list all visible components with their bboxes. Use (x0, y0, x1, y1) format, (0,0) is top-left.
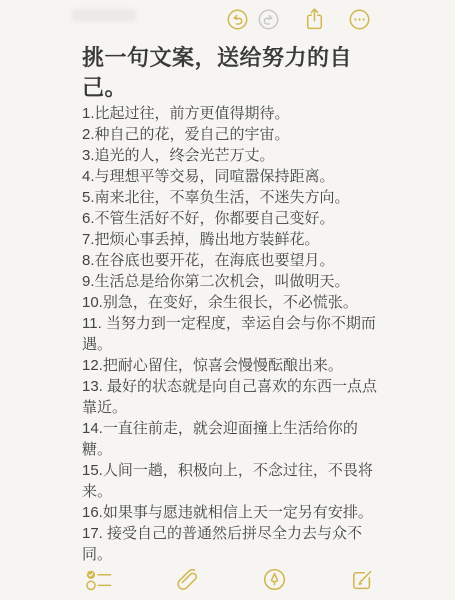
note-title: 挑一句文案，送给努力的自己。 (82, 43, 354, 103)
checklist-button[interactable] (86, 568, 113, 592)
note-line: 7.把烦心事丢掉，腾出地方装鲜花。 (82, 229, 378, 250)
note-line: 11. 当努力到一定程度，幸运自会与你不期而遇。 (82, 313, 378, 355)
note-line: 15.人间一趟，积极向上，不念过往，不畏将来。 (82, 460, 378, 502)
paperclip-icon (176, 566, 200, 593)
compose-button[interactable] (351, 568, 374, 591)
blurred-back-area (72, 9, 136, 22)
note-line: 16.如果事与愿违就相信上天一定另有安排。 (82, 502, 378, 523)
note-line: 2.种自己的花，爱自己的宇宙。 (82, 124, 378, 145)
note-line: 4.与理想平等交易，同喧嚣保持距离。 (82, 166, 378, 187)
note-line: 6.不管生活好不好，你都要自己变好。 (82, 208, 378, 229)
checklist-icon (86, 568, 113, 592)
note-line: 13. 最好的状态就是向自己喜欢的东西一点点靠近。 (82, 376, 378, 418)
markup-button[interactable] (263, 568, 286, 591)
share-button[interactable] (305, 7, 324, 31)
note-line: 10.别急，在变好，余生很长，不必慌张。 (82, 292, 378, 313)
more-button[interactable] (349, 9, 370, 30)
redo-button[interactable] (258, 9, 279, 30)
attachment-button[interactable] (176, 566, 200, 593)
note-line: 12.把耐心留住，惊喜会慢慢酝酿出来。 (82, 355, 378, 376)
compose-icon (351, 568, 374, 591)
undo-button[interactable] (227, 9, 248, 30)
more-ellipsis-icon (349, 9, 370, 30)
note-body: 1.比起过往，前方更值得期待。 2.种自己的花，爱自己的宇宙。 3.追光的人，终… (82, 103, 378, 565)
note-line: 5.南来北往，不辜负生活，不迷失方向。 (82, 187, 378, 208)
note-line: 9.生活总是给你第二次机会，叫做明天。 (82, 271, 378, 292)
redo-icon (258, 9, 279, 30)
note-line: 3.追光的人，终会光芒万丈。 (82, 145, 378, 166)
note-line: 17. 接受自己的普通然后拼尽全力去与众不同。 (82, 523, 378, 565)
note-line: 14.一直往前走，就会迎面撞上生活给你的糖。 (82, 418, 378, 460)
undo-icon (227, 9, 248, 30)
note-line: 8.在谷底也要开花，在海底也要望月。 (82, 250, 378, 271)
share-icon (305, 7, 324, 31)
markup-pen-icon (263, 568, 286, 591)
note-line: 1.比起过往，前方更值得期待。 (82, 103, 378, 124)
